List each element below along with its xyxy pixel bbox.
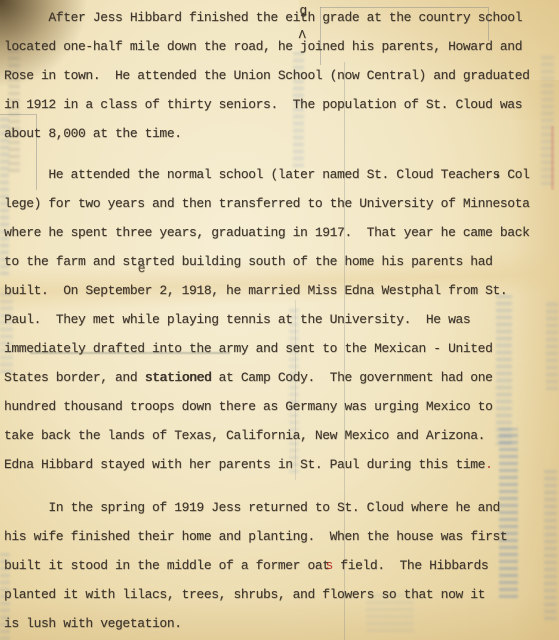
text-line: to the farm and staerted building south … [4,247,556,276]
red-overstruck-s: s [326,558,333,573]
text-line: States border, and stationed at Camp Cod… [4,363,556,392]
text-line: built it stood in the middle of a former… [4,551,556,580]
text-line: built. On September 2, 1918, he married … [4,276,556,305]
text-line: in 1912 in a class of thirty seniors. Th… [4,90,556,119]
overstruck-apostrophe: s' [492,167,499,182]
text-line: planted it with lilacs, trees, shrubs, a… [4,580,556,609]
text-line: his wife finished their home and plantin… [4,522,556,551]
text-line: lege) for two years and then transferred… [4,189,556,218]
scanned-document-page: After Jess Hibbard finished the eigtΛh g… [0,0,559,640]
text-line: Rose in town. He attended the Union Scho… [4,61,556,90]
text-line: Edna Hibbard stayed with her parents in … [4,450,556,479]
text-line: take back the lands of Texas, California… [4,421,556,450]
text-line: where he spent three years, graduating i… [4,218,556,247]
text-line: about 8,000 at the time. [4,119,556,148]
typewritten-text-body: After Jess Hibbard finished the eigtΛh g… [4,3,556,638]
inserted-g-correction: gtΛ [300,10,307,25]
text-line: hundred thousand troops down there as Ge… [4,392,556,421]
text-line: After Jess Hibbard finished the eigtΛh g… [4,3,556,32]
paragraph-1: After Jess Hibbard finished the eigtΛh g… [4,3,556,148]
text-line: Paul. They met while playing tennis at t… [4,305,556,334]
paragraph-3: In the spring of 1919 Jess returned to S… [4,493,556,638]
text-line: located one-half mile down the road, he … [4,32,556,61]
paragraph-2: He attended the normal school (later nam… [4,160,556,479]
text-line: In the spring of 1919 Jess returned to S… [4,493,556,522]
overstruck-a: ae [137,254,144,269]
text-line: immediately drafted into the army and se… [4,334,556,363]
text-line: He attended the normal school (later nam… [4,160,556,189]
text-line: is lush with vegetation. [4,609,556,638]
